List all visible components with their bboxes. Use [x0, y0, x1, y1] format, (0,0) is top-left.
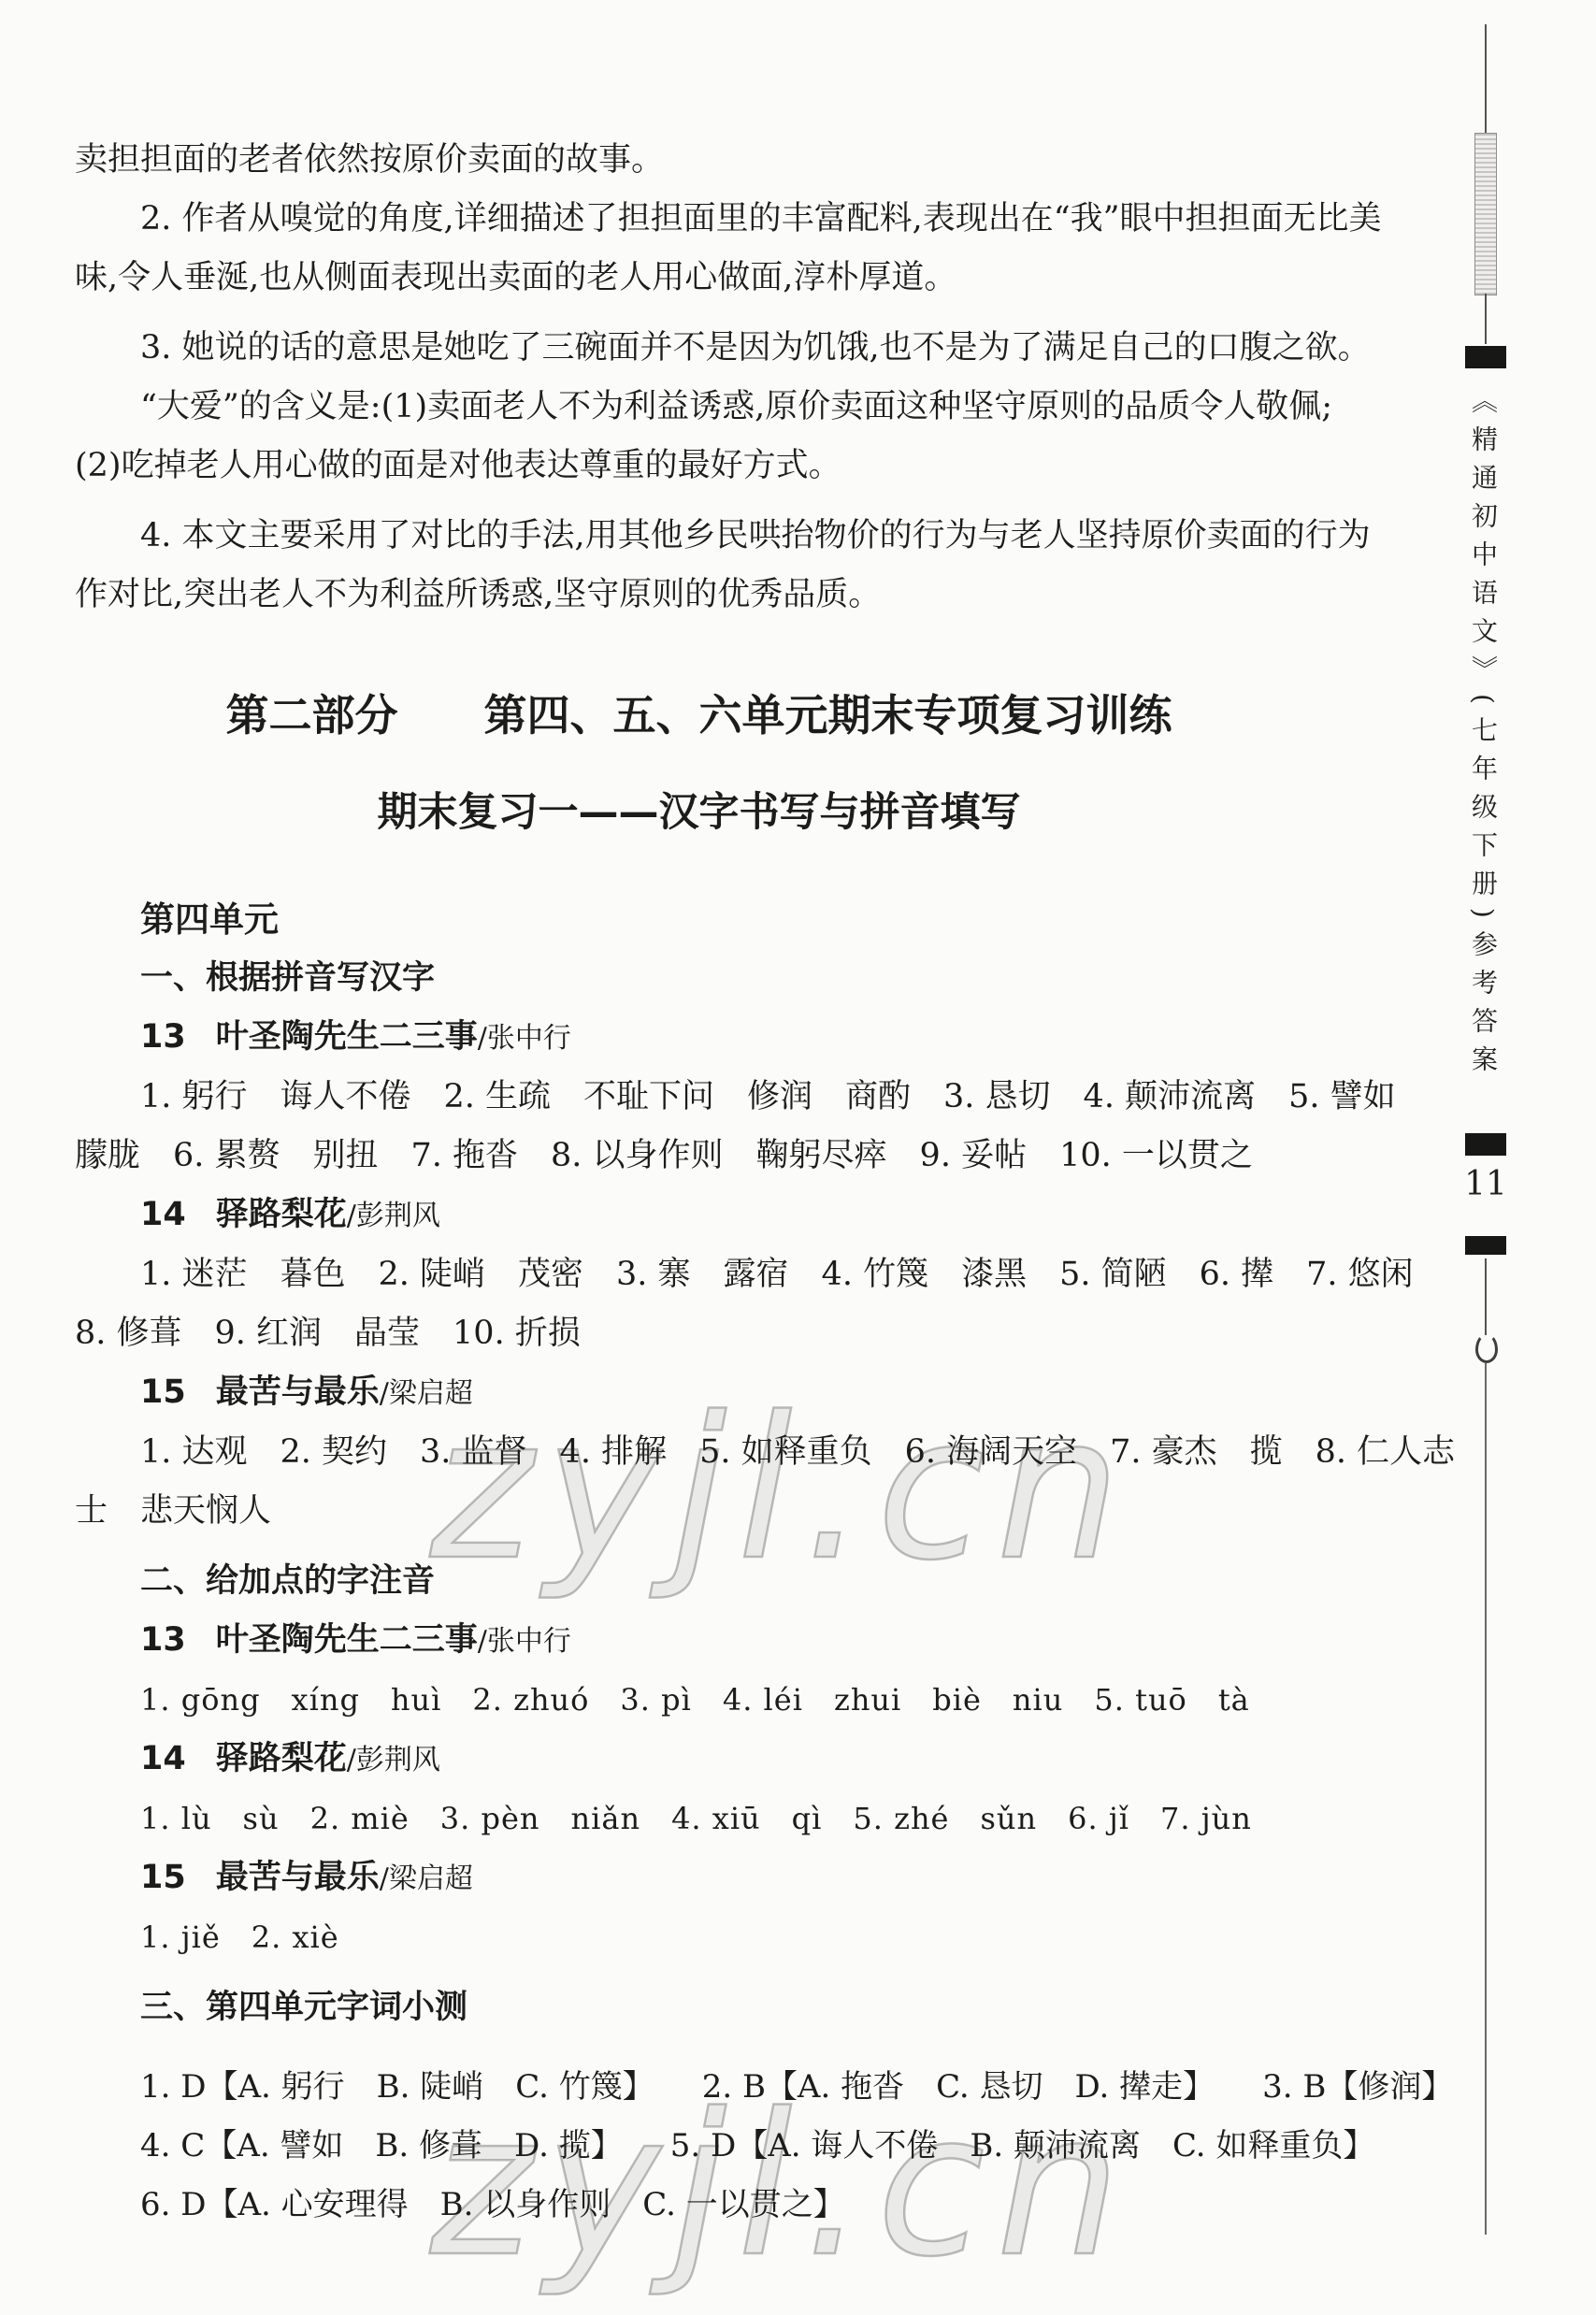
pinyin-line: 1. jiě 2. xiè — [75, 1908, 1323, 1967]
word-list-line: 8. 修葺 9. 红润 晶莹 10. 折损 — [75, 1304, 1323, 1363]
sidebar-black-tick — [1465, 346, 1506, 368]
review-title: 期末复习一——汉字书写与拼音填写 — [75, 782, 1323, 843]
lesson-heading: 13叶圣陶先生二三事/张中行 — [75, 1611, 1323, 1671]
lesson-author: /张中行 — [478, 1022, 571, 1055]
part-title: 第二部分 第四、五、六单元期末专项复习训练 — [75, 683, 1323, 748]
word-list-line: 1. 迷茫 暮色 2. 陡峭 茂密 3. 寨 露宿 4. 竹篾 漆黑 5. 简陋… — [75, 1245, 1323, 1304]
lesson-number: 13 — [140, 1018, 186, 1056]
lesson-heading: 14驿路梨花/彭荆风 — [75, 1730, 1323, 1790]
sidebar-striped-mark — [1474, 133, 1497, 295]
sidebar-rule-long — [1485, 1363, 1487, 2235]
answer-line: 作对比,突出老人不为利益所诱惑,坚守原则的优秀品质。 — [75, 566, 1323, 625]
word-list-line: 1. 躬行 诲人不倦 2. 生疏 不耻下问 修润 商酌 3. 恳切 4. 颠沛流… — [75, 1068, 1323, 1127]
lesson-heading: 15最苦与最乐/梁启超 — [75, 1363, 1323, 1423]
lesson-title: 叶圣陶先生二三事 — [216, 1018, 478, 1056]
lesson-title: 叶圣陶先生二三事 — [216, 1621, 478, 1659]
sidebar-black-tick — [1465, 1236, 1506, 1255]
lesson-author: /梁启超 — [380, 1862, 473, 1895]
lesson-heading: 14驿路梨花/彭荆风 — [75, 1186, 1323, 1245]
main-content: 卖担担面的老者依然按原价卖面的故事。 2. 作者从嗅觉的角度,详细描述了担担面里… — [75, 131, 1323, 2235]
word-list-line: 士 悲天悯人 — [75, 1482, 1323, 1541]
quiz-answer-line: 4. C【A. 譬如 B. 修葺 D. 揽】 5. D【A. 诲人不倦 B. 颠… — [75, 2117, 1323, 2176]
sidebar-book-label: 《精通初中语文》(七年级下册)参考答案 — [1464, 387, 1502, 1135]
sidebar-rule-top — [1485, 24, 1487, 133]
unit-title: 第四单元 — [75, 890, 1323, 949]
answer-line: (2)吃掉老人用心做的面是对他表达尊重的最好方式。 — [75, 437, 1323, 496]
answer-line: 3. 她说的话的意思是她吃了三碗面并不是因为饥饿,也不是为了满足自己的口腹之欲。 — [75, 319, 1323, 378]
lesson-author: /彭荆风 — [347, 1744, 440, 1776]
lesson-author: /彭荆风 — [347, 1200, 440, 1232]
lesson-number: 13 — [140, 1621, 186, 1659]
lesson-number: 15 — [140, 1373, 186, 1411]
word-list-line: 朦胧 6. 累赘 别扭 7. 拖沓 8. 以身作则 鞠躬尽瘁 9. 妥帖 10.… — [75, 1127, 1323, 1186]
lesson-author: /梁启超 — [380, 1377, 473, 1410]
book-page: zyjl.cn zyjl.cn 卖担担面的老者依然按原价卖面的故事。 2. 作者… — [0, 0, 1596, 2315]
pinyin-line: 1. gōng xíng huì 2. zhuó 3. pì 4. léi zh… — [75, 1671, 1323, 1730]
answer-line: “大爱”的含义是:(1)卖面老人不为利益诱惑,原价卖面这种坚守原则的品质令人敬佩… — [75, 378, 1323, 437]
quiz-answer-line: 1. D【A. 躬行 B. 陡峭 C. 竹篾】 2. B【A. 拖沓 C. 恳切… — [75, 2058, 1323, 2117]
lesson-title: 驿路梨花 — [216, 1196, 347, 1233]
lesson-title: 最苦与最乐 — [216, 1373, 380, 1411]
lesson-number: 14 — [140, 1196, 186, 1233]
section-heading-quiz: 三、第四单元字词小测 — [75, 1978, 1323, 2037]
lesson-heading: 15最苦与最乐/梁启超 — [75, 1848, 1323, 1908]
answer-line: 4. 本文主要采用了对比的手法,用其他乡民哄抬物价的行为与老人坚持原价卖面的行为 — [75, 507, 1323, 566]
section-heading-pinyin-to-hanzi: 一、根据拼音写汉字 — [75, 949, 1323, 1008]
lesson-author: /张中行 — [478, 1625, 571, 1658]
lesson-number: 15 — [140, 1859, 186, 1896]
lesson-heading: 13叶圣陶先生二三事/张中行 — [75, 1008, 1323, 1068]
lesson-title: 最苦与最乐 — [216, 1859, 380, 1896]
page-number: 11 — [1457, 1165, 1515, 1203]
sidebar-rule-mid — [1485, 294, 1487, 344]
lesson-number: 14 — [140, 1740, 186, 1777]
pen-nib-mark — [1475, 1333, 1498, 1363]
sidebar-rule-lower — [1485, 1258, 1487, 1335]
answer-line: 2. 作者从嗅觉的角度,详细描述了担担面里的丰富配料,表现出在“我”眼中担担面无… — [75, 190, 1323, 249]
word-list-line: 1. 达观 2. 契约 3. 监督 4. 排解 5. 如释重负 6. 海阔天空 … — [75, 1423, 1323, 1482]
lesson-title: 驿路梨花 — [216, 1740, 347, 1777]
answer-line: 味,令人垂涎,也从侧面表现出卖面的老人用心做面,淳朴厚道。 — [75, 249, 1323, 308]
pinyin-line: 1. lù sù 2. miè 3. pèn niǎn 4. xiū qì 5.… — [75, 1790, 1323, 1848]
section-heading-zhuyin: 二、给加点的字注音 — [75, 1552, 1323, 1611]
quiz-answer-line: 6. D【A. 心安理得 B. 以身作则 C. 一以贯之】 — [75, 2176, 1323, 2235]
sidebar-black-tick — [1465, 1133, 1506, 1156]
answer-line: 卖担担面的老者依然按原价卖面的故事。 — [75, 131, 1323, 190]
